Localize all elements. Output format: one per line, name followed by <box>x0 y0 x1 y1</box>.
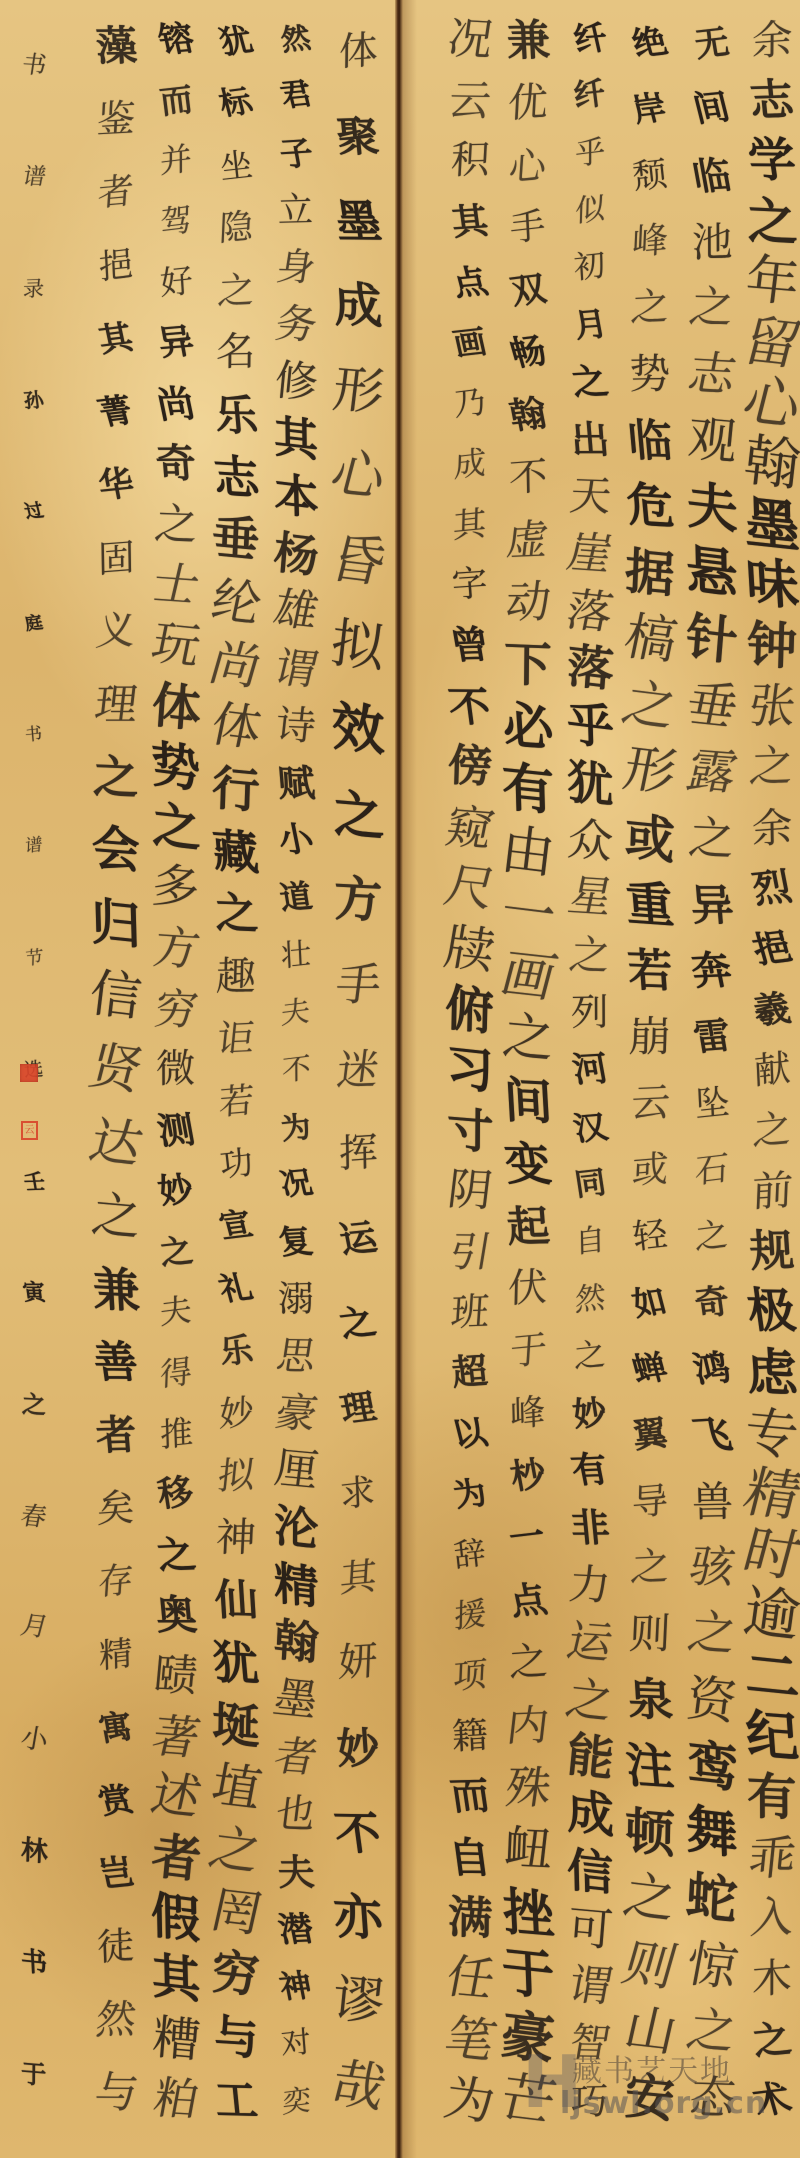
calligraphy-character: 穷 <box>211 1942 261 2009</box>
calligraphy-character: 汉 <box>567 1098 613 1157</box>
calligraphy-character: 过 <box>11 457 57 568</box>
calligraphy-character: 乎 <box>575 123 605 184</box>
calligraphy-character: 内 <box>504 1694 553 1758</box>
calligraphy-character: 翼 <box>629 1401 672 1470</box>
calligraphy-character: 效 <box>331 685 386 776</box>
calligraphy-character: 成 <box>566 1783 614 1847</box>
calligraphy-character: 徒 <box>96 1909 136 1985</box>
calligraphy-character: 复 <box>274 1213 318 1272</box>
calligraphy-character: 方 <box>333 857 383 944</box>
calligraphy-character: 奇 <box>691 1268 734 1337</box>
calligraphy-character: 专 <box>743 1401 800 1466</box>
calligraphy-character: 峰 <box>631 207 670 277</box>
calligraphy-character: 之 <box>499 1006 557 1072</box>
calligraphy-character: 羲 <box>748 978 796 1042</box>
calligraphy-character: 不 <box>445 676 494 737</box>
calligraphy-character: 讵 <box>214 1007 257 1072</box>
calligraphy-character: 善 <box>89 1325 143 1399</box>
calligraphy-character: 穷 <box>150 979 202 1040</box>
calligraphy-character: 矣 <box>96 1471 135 1547</box>
calligraphy-character: 推 <box>159 1402 194 1466</box>
calligraphy-character: 务 <box>270 296 321 355</box>
calligraphy-character: 间 <box>686 75 737 143</box>
calligraphy-character: 之 <box>203 1817 269 1884</box>
calligraphy-character: 夫 <box>160 1280 193 1345</box>
calligraphy-character: 味 <box>744 553 800 618</box>
calligraphy-character: 诗 <box>273 697 319 756</box>
calligraphy-character: 鸾 <box>687 1731 738 1803</box>
calligraphy-character: 妙 <box>334 1705 382 1791</box>
calligraphy-character: 之 <box>215 258 257 323</box>
calligraphy-character: 糟 <box>150 2008 202 2073</box>
calligraphy-column: 犹标坐隐之名乐志垂纶尚体行藏之趣讵若功宣礼乐妙拟神仙犹埏埴之罔穷与工 <box>214 10 258 2131</box>
calligraphy-character: 必 <box>501 694 555 761</box>
calligraphy-character: 颓 <box>630 141 671 211</box>
calligraphy-character: 形 <box>328 347 389 435</box>
calligraphy-character: 献 <box>752 1038 791 1103</box>
calligraphy-character: 下 <box>504 633 552 697</box>
calligraphy-character: 春 <box>10 1460 58 1572</box>
calligraphy-character: 尚 <box>151 373 200 435</box>
calligraphy-character: 异 <box>688 872 736 938</box>
calligraphy-character: 小 <box>11 1683 56 1796</box>
calligraphy-column: 兼优心手双畅翰不虚动下必有由一画之间变起伏于峰杪一点之内殊衄挫于豪芒 <box>504 10 552 2131</box>
calligraphy-character: 运 <box>562 1613 619 1673</box>
calligraphy-character: 轻 <box>629 1202 671 1272</box>
calligraphy-character: 资 <box>683 1665 741 1735</box>
calligraphy-character: 标 <box>212 71 259 136</box>
calligraphy-character: 藻 <box>94 10 139 84</box>
calligraphy-character: 针 <box>684 604 740 676</box>
calligraphy-character: 其 <box>274 408 319 471</box>
calligraphy-column: 纤纤乎似初月之出天崖落落乎犹众星之列河汉同自然之妙有非力运之能成信可谓智巧 <box>569 10 611 2130</box>
calligraphy-character: 墨 <box>269 1670 323 1731</box>
calligraphy-character: 君 <box>274 66 319 125</box>
calligraphy-character: 年 <box>742 250 800 315</box>
calligraphy-character: 曾 <box>446 615 494 677</box>
calligraphy-character: 纶 <box>205 569 266 636</box>
calligraphy-character: 起 <box>504 1195 551 1258</box>
calligraphy-character: 精 <box>737 1462 800 1527</box>
calligraphy-character: 然 <box>92 1983 140 2058</box>
calligraphy-character: 可 <box>565 1899 614 1960</box>
calligraphy-character: 注 <box>623 1732 676 1802</box>
calligraphy-character: 伏 <box>508 1256 549 1321</box>
calligraphy-character: 异 <box>153 312 198 375</box>
calligraphy-character: 导 <box>631 1467 669 1537</box>
calligraphy-character: 壬 <box>14 1126 54 1238</box>
calligraphy-character: 极 <box>744 1282 799 1343</box>
calligraphy-character: 心 <box>507 133 548 199</box>
calligraphy-character: 者 <box>269 1728 323 1787</box>
calligraphy-character: 假 <box>151 1885 201 1952</box>
calligraphy-character: 俯 <box>445 976 495 1043</box>
calligraphy-character: 镕 <box>152 9 200 72</box>
calligraphy-character: 之 <box>152 795 201 862</box>
calligraphy-character: 阴 <box>444 1160 495 1222</box>
calligraphy-character: 挹 <box>97 227 134 304</box>
calligraphy-character: 宣 <box>212 1194 259 1259</box>
calligraphy-character: 义 <box>92 594 140 669</box>
leisure-seal-icon: 云 <box>21 1121 38 1140</box>
calligraphy-character: 信 <box>86 957 146 1036</box>
calligraphy-character: 好 <box>158 251 194 315</box>
calligraphy-character: 无 <box>690 8 734 77</box>
calligraphy-character: 立 <box>278 181 313 239</box>
calligraphy-character: 舞 <box>685 1796 738 1869</box>
calligraphy-character: 引 <box>445 1222 496 1283</box>
calligraphy-character: 奥 <box>153 1585 199 1646</box>
calligraphy-character: 林 <box>19 1794 48 1909</box>
calligraphy-character: 行 <box>211 756 260 823</box>
calligraphy-character: 重 <box>623 870 676 940</box>
calligraphy-character: 崩 <box>628 1004 672 1071</box>
calligraphy-character: 趣 <box>215 946 257 1009</box>
calligraphy-character: 优 <box>507 71 550 136</box>
calligraphy-character: 峰 <box>510 1380 547 1447</box>
calligraphy-character: 骇 <box>685 1534 739 1601</box>
calligraphy-character: 非 <box>568 1500 612 1557</box>
calligraphy-character: 若 <box>217 1069 254 1135</box>
calligraphy-character: 为 <box>440 2068 501 2134</box>
calligraphy-character: 临 <box>625 407 675 475</box>
calligraphy-character: 留 <box>737 311 800 376</box>
calligraphy-character: 也 <box>273 1786 319 1844</box>
calligraphy-character: 神 <box>215 1507 258 1570</box>
calligraphy-character: 不 <box>330 1790 387 1876</box>
calligraphy-character: 之 <box>747 736 798 798</box>
calligraphy-character: 夫 <box>686 471 737 543</box>
calligraphy-character: 于 <box>508 1318 549 1384</box>
calligraphy-character: 兼 <box>505 10 551 73</box>
calligraphy-character: 垂 <box>680 671 744 741</box>
calligraphy-character: 多 <box>149 856 203 921</box>
calligraphy-character: 存 <box>96 1543 136 1620</box>
calligraphy-character: 士 <box>146 554 205 617</box>
calligraphy-character: 本 <box>273 465 319 528</box>
calligraphy-character: 有 <box>566 1442 613 1500</box>
calligraphy-character: 理 <box>91 668 142 741</box>
calligraphy-character: 班 <box>449 1282 491 1344</box>
calligraphy-character: 达 <box>81 1104 150 1181</box>
calligraphy-column: 体聚墨成形心昏拟效之方手迷挥运之理求其妍妙不亦谬哉 <box>334 10 382 2130</box>
calligraphy-character: 其 <box>453 493 488 557</box>
calligraphy-character: 牍 <box>440 916 499 982</box>
calligraphy-character: 为 <box>447 1463 493 1526</box>
calligraphy-character: 况 <box>443 9 496 72</box>
calligraphy-character: 其 <box>92 301 140 377</box>
calligraphy-character: 学 <box>744 131 800 192</box>
calligraphy-character: 妙 <box>218 1381 254 1447</box>
calligraphy-character: 之 <box>686 805 739 873</box>
calligraphy-character: 云 <box>627 1070 672 1139</box>
left-panel: 体聚墨成形心昏拟效之方手迷挥运之理求其妍妙不亦谬哉然君子立身务修其本杨雄谓诗赋小… <box>0 0 396 2158</box>
calligraphy-character: 谱 <box>13 122 55 234</box>
calligraphy-character: 鉴 <box>95 82 137 158</box>
calligraphy-character: 之 <box>573 1326 606 1387</box>
calligraphy-character: 挥 <box>338 1111 378 1199</box>
calligraphy-character: 仙 <box>213 1569 260 1633</box>
calligraphy-character: 畅 <box>502 321 554 386</box>
calligraphy-character: 尺 <box>438 856 502 920</box>
calligraphy-character: 妙 <box>569 1384 611 1443</box>
calligraphy-character: 拟 <box>327 601 390 692</box>
calligraphy-character: 精 <box>98 1616 134 1693</box>
calligraphy-character: 虑 <box>745 1342 800 1406</box>
calligraphy-character: 其 <box>337 1534 379 1623</box>
calligraphy-character: 聚 <box>333 94 383 180</box>
calligraphy-character: 寓 <box>93 1690 139 1766</box>
calligraphy-character: 由 <box>498 818 559 886</box>
calligraphy-character: 逾 <box>740 1582 800 1649</box>
calligraphy-character: 势 <box>151 734 202 801</box>
calligraphy-character: 豪 <box>270 1384 323 1443</box>
calligraphy-character: 赏 <box>89 1763 142 1838</box>
calligraphy-character: 间 <box>502 1069 554 1134</box>
calligraphy-character: 雷 <box>688 1003 736 1071</box>
calligraphy-character: 力 <box>567 1556 613 1615</box>
calligraphy-character: 鸿 <box>687 1335 738 1403</box>
calligraphy-character: 兽 <box>691 1468 733 1535</box>
calligraphy-character: 之 <box>330 771 386 861</box>
calligraphy-character: 岸 <box>625 75 675 144</box>
calligraphy-character: 池 <box>692 208 733 275</box>
calligraphy-character: 手 <box>509 195 547 261</box>
calligraphy-character: 点 <box>503 1568 552 1633</box>
calligraphy-character: 河 <box>567 1041 612 1100</box>
calligraphy-character: 纤 <box>571 66 609 126</box>
calligraphy-character: 精 <box>273 1554 319 1617</box>
calligraphy-character: 纪 <box>744 1704 800 1769</box>
calligraphy-character: 如 <box>625 1268 675 1337</box>
calligraphy-character: 挹 <box>746 918 799 981</box>
calligraphy-character: 或 <box>624 803 676 874</box>
calligraphy-character: 雄 <box>268 581 323 642</box>
calligraphy-character: 垂 <box>211 507 260 574</box>
calligraphy-character: 岂 <box>91 1836 141 1911</box>
calligraphy-character: 神 <box>275 1957 318 2016</box>
calligraphy-character: 临 <box>687 142 737 210</box>
calligraphy-character: 之 <box>93 740 139 815</box>
calligraphy-character: 翰 <box>272 1612 319 1675</box>
watermark-url: ljswl.org.cn <box>560 2086 767 2121</box>
calligraphy-character: 墨 <box>744 492 800 559</box>
calligraphy-character: 沦 <box>274 1497 318 1560</box>
calligraphy-character: 厘 <box>271 1441 321 1502</box>
calligraphy-character: 固 <box>97 520 135 596</box>
calligraphy-character: 画 <box>494 944 562 1011</box>
calligraphy-character: 求 <box>339 1449 378 1538</box>
calligraphy-character: 星 <box>563 868 617 927</box>
calligraphy-character: 小 <box>273 812 319 870</box>
calligraphy-character: 乐 <box>216 1319 257 1384</box>
calligraphy-character: 况 <box>274 1155 318 1214</box>
calligraphy-character: 之 <box>685 275 739 342</box>
calligraphy-character: 尚 <box>203 632 269 699</box>
calligraphy-character: 自 <box>574 1211 605 1272</box>
calligraphy-character: 画 <box>447 312 492 375</box>
calligraphy-character: 一 <box>502 1506 554 1571</box>
calligraphy-character: 藏 <box>211 819 262 885</box>
calligraphy-character: 有 <box>747 1766 797 1829</box>
calligraphy-column: 余志学之年留心翰墨味钟张之余烈挹羲献之前规极虑专精时逾二纪有乖入木之术 <box>747 10 797 2131</box>
right-panel: 余志学之年留心翰墨味钟张之余烈挹羲献之前规极虑专精时逾二纪有乖入木之术无间临池之… <box>402 0 800 2158</box>
calligraphy-character: 衄 <box>503 1818 554 1883</box>
calligraphy-character: 子 <box>275 124 318 183</box>
calligraphy-character: 之 <box>619 1864 682 1935</box>
calligraphy-character: 寅 <box>15 1237 52 1349</box>
calligraphy-character: 与 <box>211 2005 261 2071</box>
calligraphy-character: 云 <box>444 70 496 131</box>
calligraphy-character: 列 <box>571 984 609 1042</box>
calligraphy-character: 兼 <box>91 1251 142 1327</box>
calligraphy-character: 潜 <box>273 1900 318 1958</box>
calligraphy-character: 之 <box>566 353 613 411</box>
calligraphy-column: 藻鉴者挹其菁华固义理之会归信贤达之兼善者矣存精寓赏岂徒然与 <box>93 10 139 2130</box>
calligraphy-character: 成 <box>332 263 385 350</box>
calligraphy-character: 或 <box>630 1135 669 1205</box>
calligraphy-character: 孙 <box>17 345 51 457</box>
calligraphy-character: 然 <box>574 1268 606 1330</box>
calligraphy-character: 危 <box>624 472 677 542</box>
calligraphy-character: 落 <box>565 638 615 701</box>
calligraphy-character: 之 <box>565 926 615 984</box>
calligraphy-character: 之 <box>87 1178 144 1255</box>
calligraphy-character: 不 <box>281 1039 310 1100</box>
calligraphy-character: 哉 <box>321 2043 394 2132</box>
calligraphy-character: 则 <box>628 1601 673 1668</box>
calligraphy-character: 与 <box>90 2057 143 2130</box>
calligraphy-character: 字 <box>450 554 490 617</box>
calligraphy-character: 能 <box>564 1726 616 1789</box>
calligraphy-character: 杪 <box>505 1443 551 1509</box>
calligraphy-character: 之 <box>628 274 672 343</box>
calligraphy-character: 时 <box>736 1522 800 1588</box>
calligraphy-character: 之 <box>695 1201 728 1272</box>
calligraphy-character: 身 <box>272 239 319 297</box>
calligraphy-character: 乐 <box>212 384 260 448</box>
watermark-chinese-text: 藏书艺天地 <box>572 2046 732 2090</box>
calligraphy-character: 志 <box>747 70 796 132</box>
calligraphy-character: 庭 <box>13 568 55 680</box>
calligraphy-character: 挫 <box>501 1879 555 1946</box>
calligraphy-character: 礼 <box>212 1257 260 1322</box>
calligraphy-character: 余 <box>751 9 792 73</box>
calligraphy-column: 镕而并驾好异尚奇之士玩体势之多方穷微测妙之夫得推移之奥赜著述者假其糟粕 <box>154 10 198 2131</box>
calligraphy-column: 然君子立身务修其本杨雄谓诗赋小道壮夫不为况复溺思豪厘沦精翰墨者也夫潜神对奕 <box>276 10 316 2130</box>
calligraphy-character: 同 <box>570 1155 609 1215</box>
calligraphy-character: 悬 <box>686 537 739 610</box>
calligraphy-character: 初 <box>573 238 608 299</box>
calligraphy-character: 入 <box>747 1887 797 1950</box>
calligraphy-character: 理 <box>332 1365 383 1453</box>
calligraphy-character: 驾 <box>159 190 192 255</box>
name-seal-icon <box>20 1064 38 1082</box>
calligraphy-character: 坠 <box>693 1069 731 1139</box>
calligraphy-character: 然 <box>277 9 315 69</box>
calligraphy-character: 隐 <box>218 195 255 261</box>
calligraphy-character: 犹 <box>211 1630 262 1696</box>
calligraphy-character: 奕 <box>281 2071 311 2132</box>
calligraphy-character: 形 <box>618 737 682 808</box>
calligraphy-character: 妍 <box>337 1620 380 1708</box>
calligraphy-character: 二 <box>744 1643 799 1710</box>
calligraphy-character: 翰 <box>741 431 800 498</box>
calligraphy-character: 谓 <box>269 639 324 699</box>
calligraphy-character: 之 <box>615 671 685 742</box>
calligraphy-character: 述 <box>146 1765 207 1829</box>
calligraphy-character: 前 <box>750 1160 793 1223</box>
calligraphy-character: 思 <box>273 1327 320 1385</box>
calligraphy-character: 以 <box>446 1403 494 1466</box>
calligraphy-character: 谬 <box>328 1958 387 2047</box>
calligraphy-character: 惊 <box>681 1931 743 2001</box>
calligraphy-character: 窥 <box>441 796 499 860</box>
calligraphy-character: 余 <box>751 796 792 859</box>
calligraphy-character: 犹 <box>212 9 260 74</box>
calligraphy-character: 寸 <box>447 1099 494 1164</box>
calligraphy-character: 观 <box>684 406 739 476</box>
calligraphy-character: 赜 <box>152 1645 201 1707</box>
calligraphy-character: 之 <box>627 1534 673 1603</box>
calligraphy-column: 况云积其点画乃成其字曾不傍窥尺牍俯习寸阴引班超以为辞援项籍而自满任笔为 <box>448 10 492 2131</box>
calligraphy-character: 援 <box>453 1583 487 1648</box>
calligraphy-character: 菁 <box>89 374 142 449</box>
calligraphy-character: 之 <box>682 1600 743 1668</box>
calligraphy-character: 落 <box>562 581 618 642</box>
calligraphy-character: 方 <box>147 918 204 981</box>
calligraphy-character: 拟 <box>214 1444 257 1509</box>
calligraphy-character: 墨 <box>329 179 386 264</box>
calligraphy-character: 体 <box>205 694 266 761</box>
calligraphy-character: 妙 <box>152 1160 200 1223</box>
calligraphy-character: 亦 <box>331 1874 385 1962</box>
calligraphy-character: 殊 <box>501 1757 554 1820</box>
calligraphy-character: 则 <box>615 1930 685 2001</box>
calligraphy-character: 不 <box>508 445 547 510</box>
calligraphy-character: 月 <box>6 1572 61 1684</box>
calligraphy-character: 工 <box>212 2068 261 2132</box>
calligraphy-character: 书 <box>18 1905 50 2021</box>
calligraphy-character: 奔 <box>686 938 738 1005</box>
calligraphy-character: 手 <box>330 943 386 1028</box>
calligraphy-character: 虚 <box>504 508 552 572</box>
calligraphy-character: 点 <box>446 251 495 314</box>
calligraphy-character: 乖 <box>746 1828 798 1889</box>
calligraphy-character: 蛇 <box>685 1863 739 1935</box>
calligraphy-character: 归 <box>90 884 142 963</box>
calligraphy-character: 而 <box>446 1767 494 1828</box>
calligraphy-character: 之 <box>155 1220 196 1284</box>
calligraphy-character: 籍 <box>451 1706 490 1769</box>
calligraphy-character: 露 <box>680 738 743 807</box>
calligraphy-character: 微 <box>156 1040 196 1101</box>
calligraphy-character: 埏 <box>212 1692 260 1759</box>
calligraphy-character: 华 <box>92 447 140 523</box>
calligraphy-character: 其 <box>448 191 492 253</box>
calligraphy-character: 测 <box>152 1100 199 1162</box>
calligraphy-character: 超 <box>449 1342 491 1405</box>
calligraphy-character: 笔 <box>438 2008 502 2072</box>
calligraphy-character: 贤 <box>81 1031 151 1109</box>
calligraphy-character: 钟 <box>746 615 798 678</box>
calligraphy-character: 谱 <box>24 790 45 905</box>
calligraphy-character: 变 <box>501 1133 555 1196</box>
calligraphy-character: 之 <box>745 190 798 253</box>
calligraphy-character: 修 <box>272 352 320 413</box>
calligraphy-character: 满 <box>448 1887 493 1950</box>
calligraphy-character: 傍 <box>447 736 493 799</box>
